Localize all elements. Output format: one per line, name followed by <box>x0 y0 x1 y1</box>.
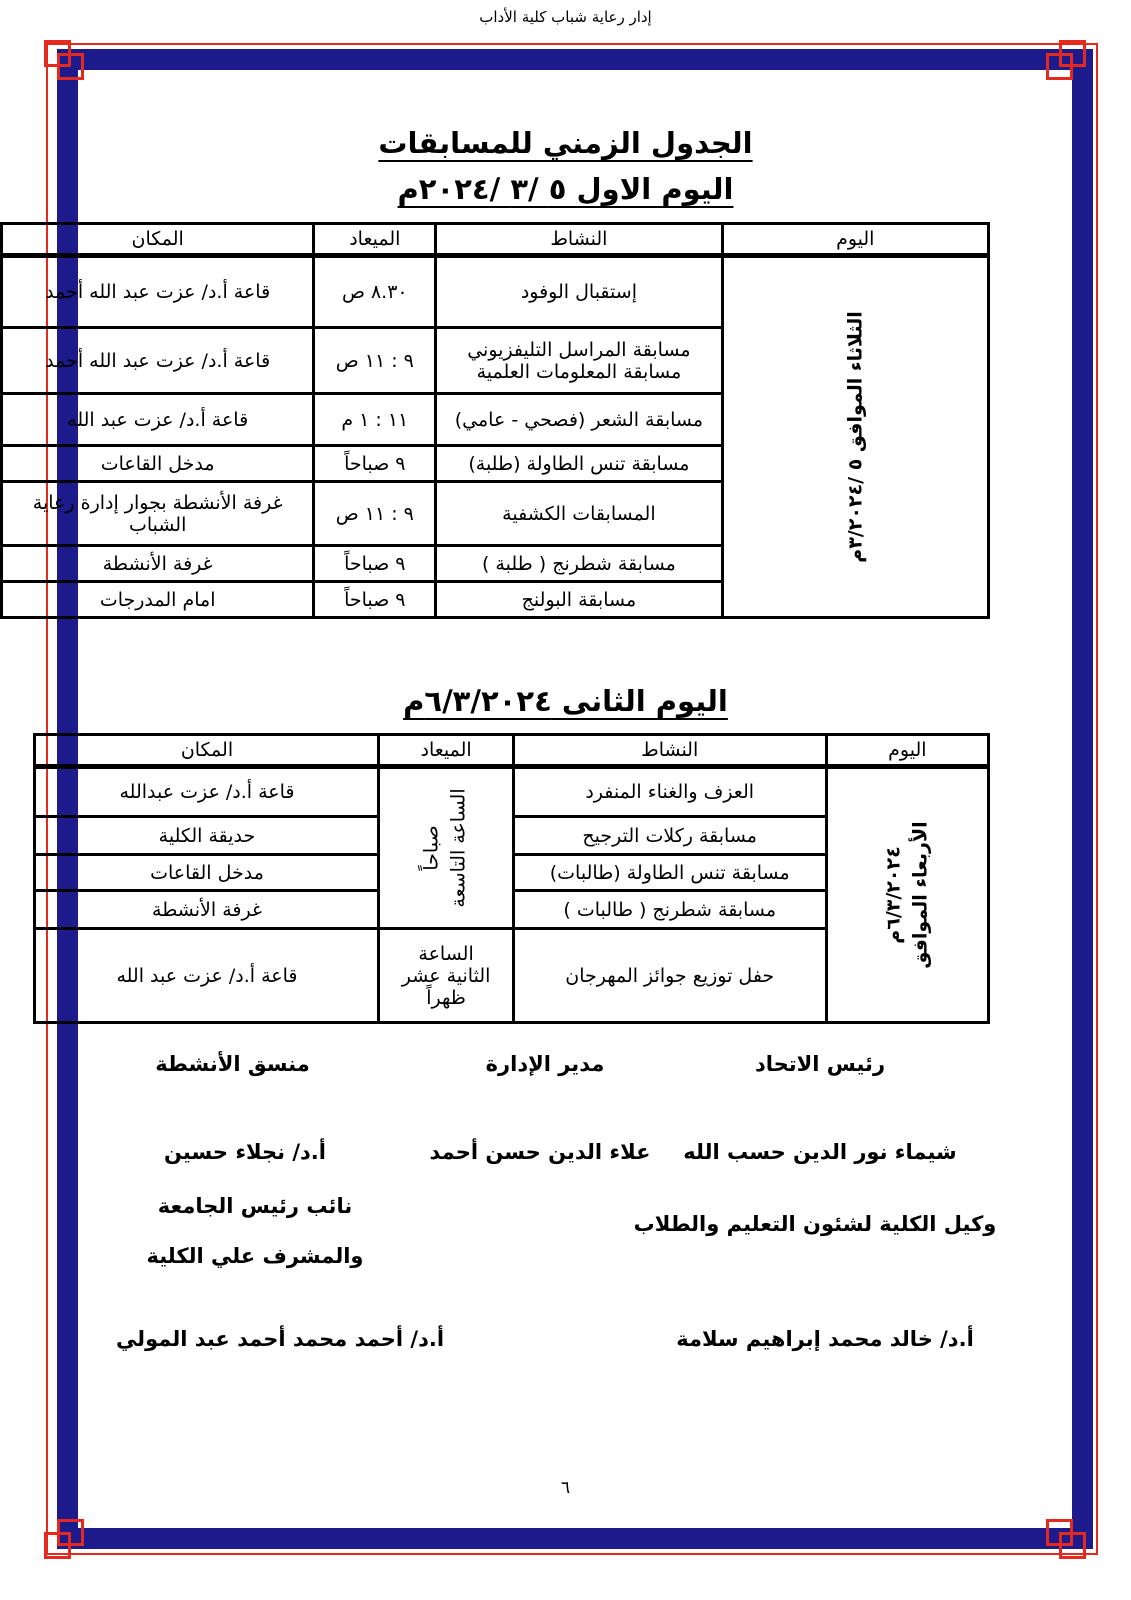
merged-time-label: صباحاً الساعة التاسعة <box>419 788 473 907</box>
merged-time-cell: صباحاً الساعة التاسعة <box>379 767 513 929</box>
activity-cell: حفل توزيع جوائز المهرجان <box>513 929 826 1023</box>
time-label-part1: الساعة التاسعة <box>446 788 473 907</box>
corner-ornament-top-right <box>1059 40 1086 67</box>
place-cell: قاعة أ.د/ عزت عبد الله أحمد <box>2 256 314 328</box>
time-cell: ١١ : ١ م <box>314 394 436 446</box>
corner-ornament-bottom-left <box>44 1532 71 1559</box>
table-row: الثلاثاء الموافق ٥ /٣/٢٠٢٤م إستقبال الوف… <box>2 256 989 328</box>
table-header-row: اليوم النشاط الميعاد المكان <box>2 224 989 256</box>
col-header-time: الميعاد <box>314 224 436 256</box>
activity-cell: مسابقة شطرنج ( طالبات ) <box>513 891 826 929</box>
signature-role-college-supervisor: والمشرف علي الكلية <box>135 1242 375 1270</box>
place-cell: مدخل القاعات <box>2 446 314 482</box>
day2-schedule-table: اليوم النشاط الميعاد المكان ٦/٣/٢٠٢٤م ال… <box>33 733 990 1024</box>
corner-ornament-top-left-2 <box>57 53 84 80</box>
day1-day-label: الثلاثاء الموافق ٥ /٣/٢٠٢٤م <box>844 311 866 562</box>
activity-cell: إستقبال الوفود <box>436 256 722 328</box>
time-cell: ٩ صباحاً <box>314 582 436 618</box>
table-row: ٦/٣/٢٠٢٤م الأربعاء الموافق العزف والغناء… <box>35 767 989 817</box>
activity-cell: مسابقة الشعر (فصحي - عامي) <box>436 394 722 446</box>
col-header-activity: النشاط <box>513 735 826 767</box>
activity-cell: مسابقة تنس الطاولة (طالبات) <box>513 855 826 891</box>
day1-schedule-table: اليوم النشاط الميعاد المكان الثلاثاء الم… <box>0 222 990 619</box>
document-page: إدار رعاية شباب كلية الأداب الجدول الزمن… <box>0 0 1131 1600</box>
time-cell: ٩ : ١١ ص <box>314 328 436 394</box>
place-cell: مدخل القاعات <box>35 855 379 891</box>
activity-cell: مسابقة المراسل التليفزيوني مسابقة المعلو… <box>436 328 722 394</box>
day2-subtitle: اليوم الثانى ٦/٣/٢٠٢٤م <box>0 684 1131 718</box>
place-cell: قاعة أ.د/ عزت عبد الله أحمد <box>2 328 314 394</box>
place-cell: غرفة الأنشطة <box>2 546 314 582</box>
corner-ornament-bottom-left-2 <box>57 1519 84 1546</box>
day2-day-date: ٦/٣/٢٠٢٤م <box>880 821 907 968</box>
signature-name-center: علاء الدين حسن أحمد <box>415 1138 665 1166</box>
place-cell: امام المدرجات <box>2 582 314 618</box>
corner-ornament-bottom-right <box>1059 1532 1086 1559</box>
signature-title-union-president: رئيس الاتحاد <box>730 1050 910 1078</box>
page-number: ٦ <box>0 1478 1131 1498</box>
place-cell: قاعة أ.د/ عزت عبد الله <box>35 929 379 1023</box>
place-cell: قاعة أ.د/ عزت عبدالله <box>35 767 379 817</box>
day2-day-name: الأربعاء الموافق <box>907 821 934 968</box>
signature-role-vice-dean: وكيل الكلية لشئون التعليم والطلاب <box>620 1210 1010 1238</box>
col-header-time: الميعاد <box>379 735 513 767</box>
time-cell: ٨.٣٠ ص <box>314 256 436 328</box>
signature-name-left: أ.د/ نجلاء حسين <box>140 1138 350 1166</box>
col-header-activity: النشاط <box>436 224 722 256</box>
place-cell: حديقة الكلية <box>35 817 379 855</box>
col-header-place: المكان <box>35 735 379 767</box>
signature-title-activities-coordinator: منسق الأنشطة <box>145 1050 320 1078</box>
activity-cell: مسابقة البولنج <box>436 582 722 618</box>
activity-cell: مسابقة شطرنج ( طلبة ) <box>436 546 722 582</box>
place-cell: غرفة الأنشطة بجوار إدارة رعاية الشباب <box>2 482 314 546</box>
activity-cell: المسابقات الكشفية <box>436 482 722 546</box>
signature-name-right: شيماء نور الدين حسب الله <box>655 1138 985 1166</box>
col-header-day: اليوم <box>722 224 988 256</box>
time-cell: ٩ : ١١ ص <box>314 482 436 546</box>
signature-final-name-right: أ.د/ خالد محمد إبراهيم سلامة <box>640 1325 1010 1353</box>
col-header-place: المكان <box>2 224 314 256</box>
activity-cell: مسابقة ركلات الترجيح <box>513 817 826 855</box>
time-cell: ٩ صباحاً <box>314 546 436 582</box>
day1-day-cell: الثلاثاء الموافق ٥ /٣/٢٠٢٤م <box>722 256 988 618</box>
day2-day-label: ٦/٣/٢٠٢٤م الأربعاء الموافق <box>880 821 934 968</box>
signature-title-admin-director: مدير الإدارة <box>465 1050 625 1078</box>
time-label-part2: صباحاً <box>419 788 446 907</box>
schedule-title: الجدول الزمني للمسابقات <box>0 126 1131 160</box>
time-cell: ٩ صباحاً <box>314 446 436 482</box>
time-cell: الساعة الثانية عشر ظهراً <box>379 929 513 1023</box>
place-cell: غرفة الأنشطة <box>35 891 379 929</box>
table-header-row: اليوم النشاط الميعاد المكان <box>35 735 989 767</box>
signature-final-name-left: أ.د/ أحمد محمد أحمد عبد المولي <box>105 1325 455 1353</box>
activity-cell: العزف والغناء المنفرد <box>513 767 826 817</box>
activity-cell: مسابقة تنس الطاولة (طلبة) <box>436 446 722 482</box>
day2-day-cell: ٦/٣/٢٠٢٤م الأربعاء الموافق <box>826 767 988 1023</box>
corner-ornament-top-right-2 <box>1046 53 1073 80</box>
document-header: إدار رعاية شباب كلية الأداب <box>0 8 1131 26</box>
day1-subtitle: اليوم الاول ٥ /٣ /٢٠٢٤م <box>0 172 1131 206</box>
place-cell: قاعة أ.د/ عزت عبد الله <box>2 394 314 446</box>
corner-ornament-top-left <box>44 40 71 67</box>
signature-role-vice-president: نائب رئيس الجامعة <box>145 1192 365 1220</box>
corner-ornament-bottom-right-2 <box>1046 1519 1073 1546</box>
col-header-day: اليوم <box>826 735 988 767</box>
